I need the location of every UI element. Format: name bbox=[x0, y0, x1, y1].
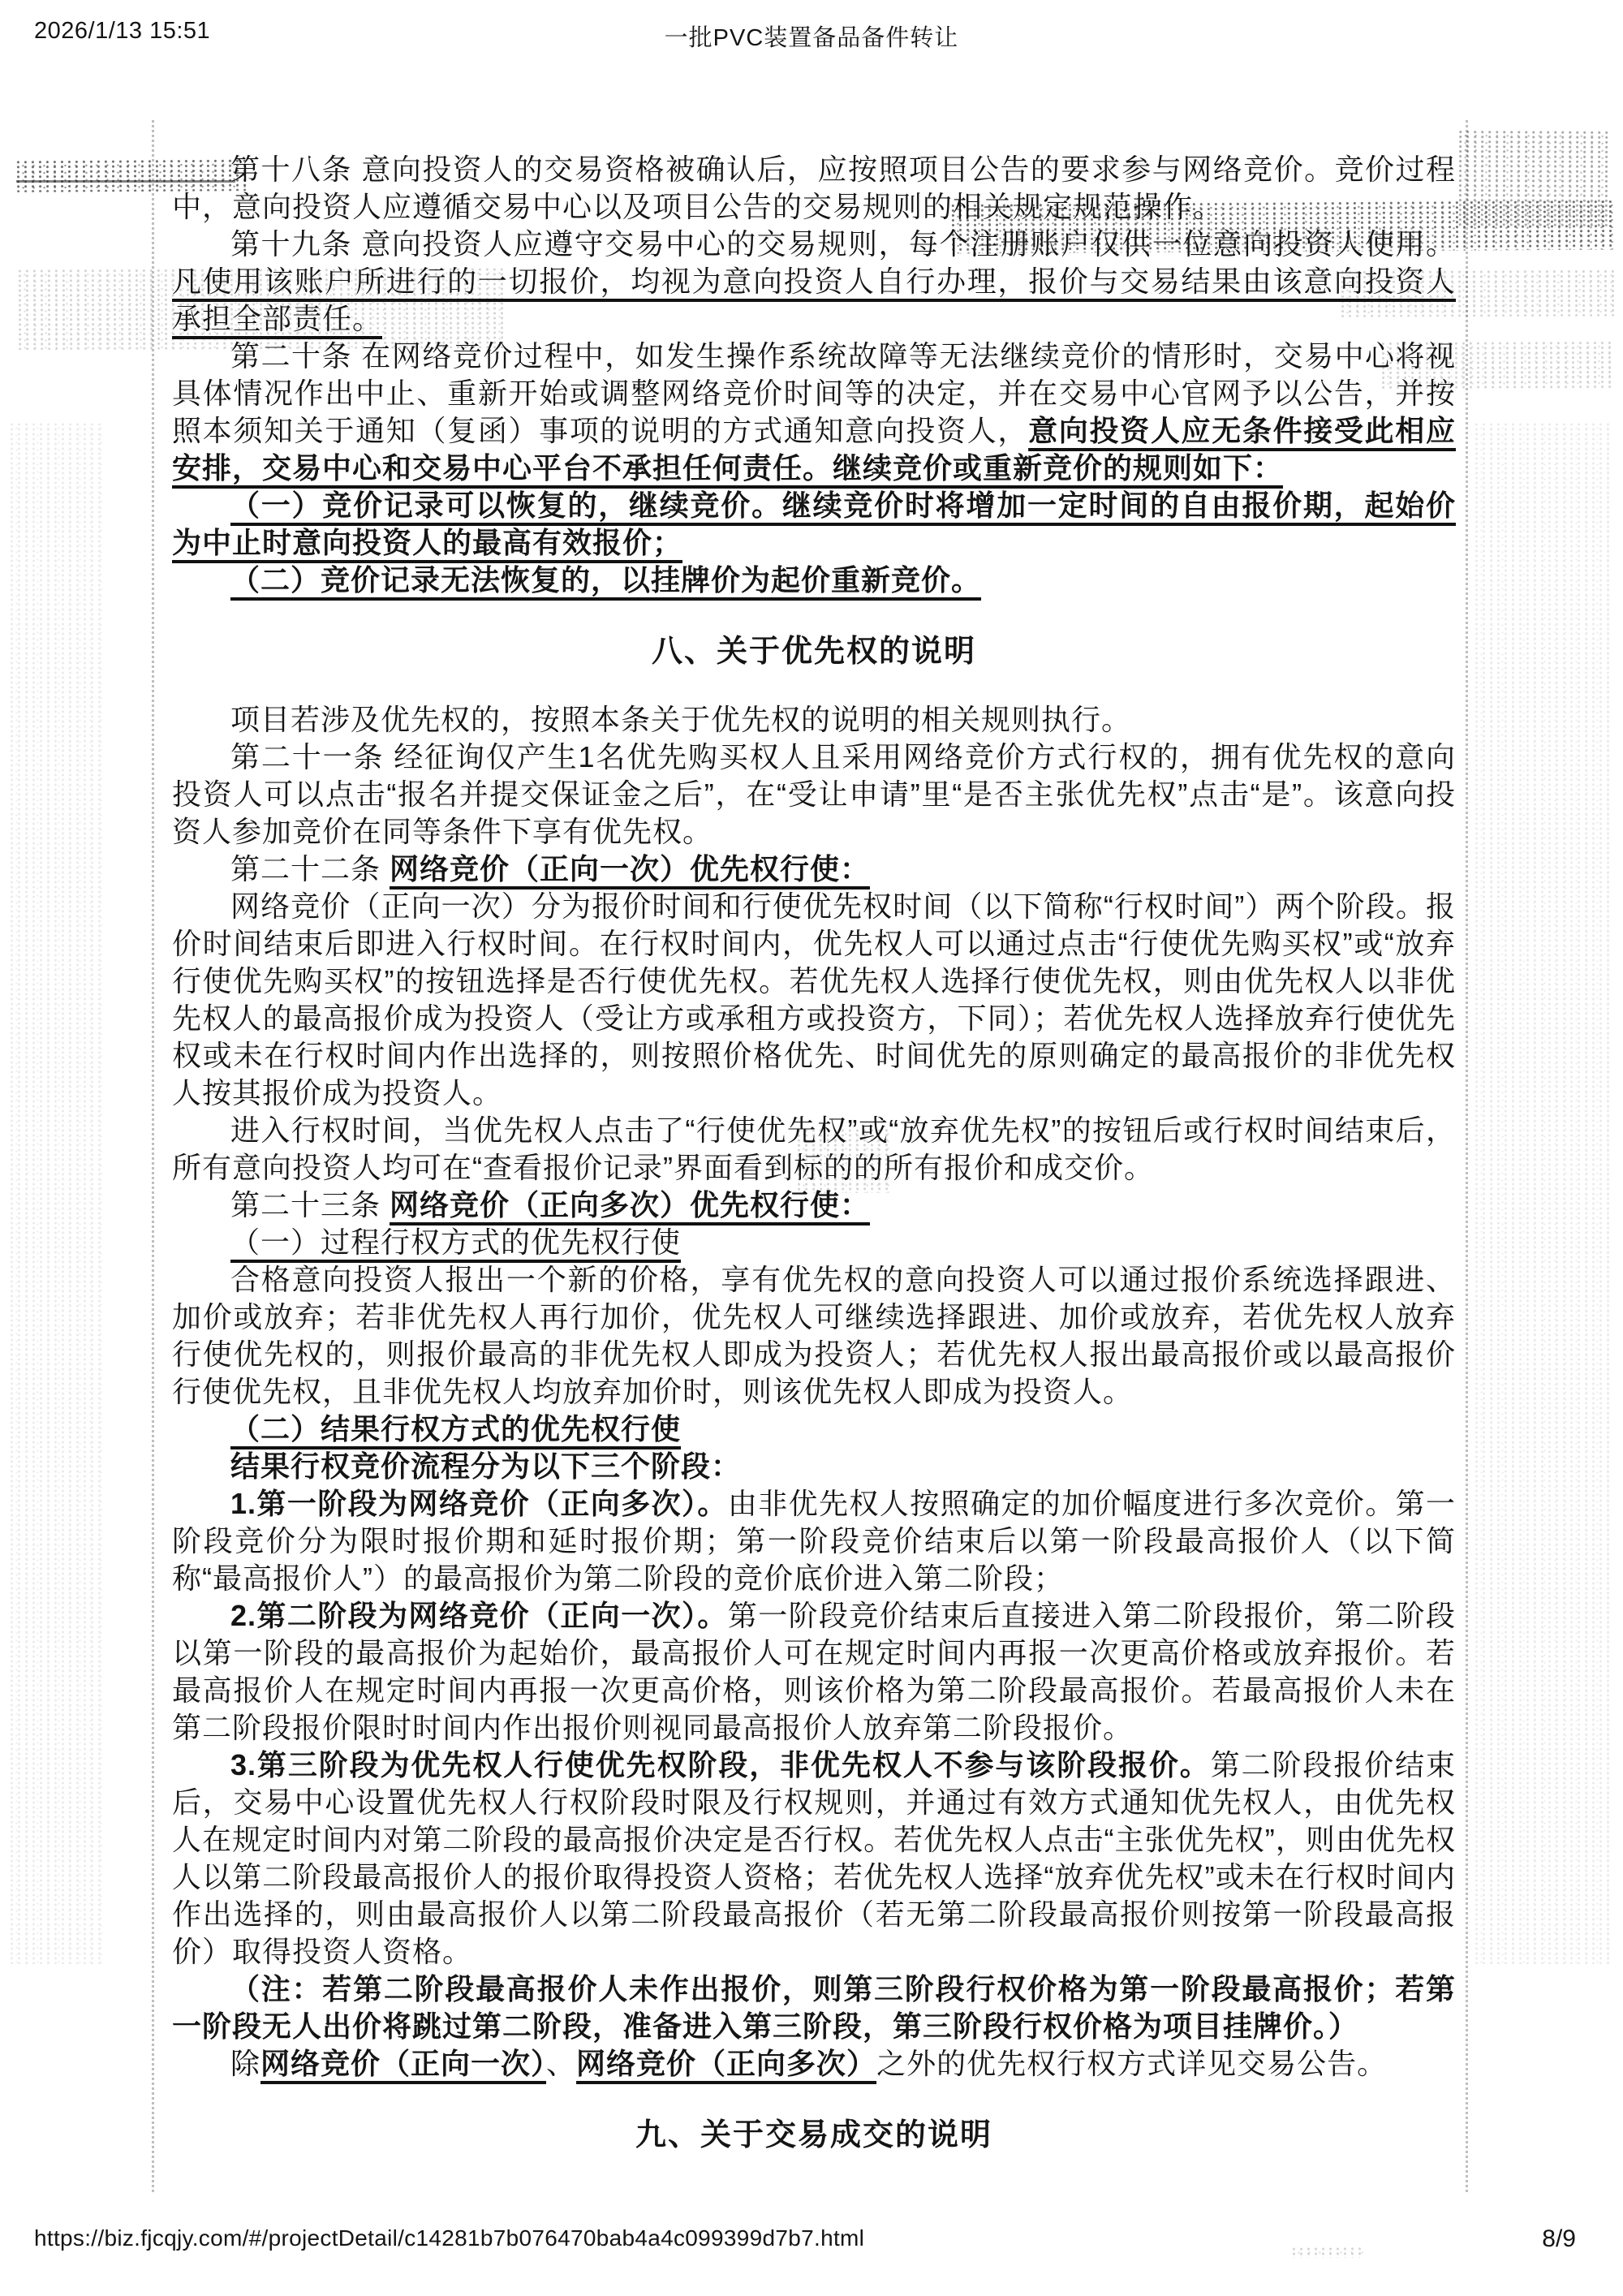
scan-margin-line-right bbox=[1466, 120, 1468, 2192]
text-run: 第二十三条 bbox=[230, 1188, 390, 1221]
text-run: 第十九条 意向投资人应遵守交易中心的交易规则，每个注册账户仅供一位意向投资人使用… bbox=[230, 227, 1456, 261]
paragraph: （二）结果行权方式的优先权行使 bbox=[172, 1411, 1456, 1448]
print-header: 2026/1/13 15:51 一批PVC装置备品备件转让 bbox=[0, 18, 1623, 54]
footer-url: https://biz.fjcqjy.com/#/projectDetail/c… bbox=[34, 2225, 864, 2251]
document-body: 第十八条 意向投资人的交易资格被确认后，应按照项目公告的要求参与网络竞价。竞价过… bbox=[172, 151, 1456, 2185]
text-run: 凡使用该账户所进行的一切报价，均视为意向投资人自行办理，报价与交易结果由该意向投… bbox=[172, 265, 1456, 335]
text-run: 、 bbox=[546, 2047, 576, 2080]
text-run: 2.第二阶段为网络竞价（正向一次）。 bbox=[230, 1599, 728, 1632]
section-heading: 九、关于交易成交的说明 bbox=[172, 2117, 1456, 2154]
text-run: 网络竞价（正向一次） bbox=[260, 2047, 546, 2080]
scan-noise bbox=[1290, 2246, 1363, 2258]
paragraph: 结果行权竞价流程分为以下三个阶段： bbox=[172, 1448, 1456, 1485]
paragraph: 合格意向投资人报出一个新的价格，享有优先权的意向投资人可以通过报价系统选择跟进、… bbox=[172, 1261, 1456, 1411]
text-run: 除 bbox=[230, 2047, 260, 2080]
text-run: 结果行权竞价流程分为以下三个阶段： bbox=[230, 1450, 741, 1483]
text-run: 第十八条 意向投资人的交易资格被确认后，应按照项目公告的要求参与网络竞价。竞价过… bbox=[172, 153, 1456, 223]
paragraph: 1.第一阶段为网络竞价（正向多次）。由非优先权人按照确定的加价幅度进行多次竞价。… bbox=[172, 1485, 1456, 1597]
text-run: 1.第一阶段为网络竞价（正向多次）。 bbox=[230, 1487, 728, 1520]
text-run: 网络竞价（正向一次）分为报价时间和行使优先权时间（以下简称“行权时间”）两个阶段… bbox=[172, 890, 1456, 1109]
paragraph: 网络竞价（正向一次）分为报价时间和行使优先权时间（以下简称“行权时间”）两个阶段… bbox=[172, 888, 1456, 1112]
scanned-page: { "ink_color": "#141414", "header": { "d… bbox=[0, 0, 1623, 2296]
paragraph: 第二十三条 网络竞价（正向多次）优先权行使： bbox=[172, 1187, 1456, 1224]
paragraph: （二）竞价记录无法恢复的，以挂牌价为起价重新竞价。 bbox=[172, 562, 1456, 599]
text-run: （二）结果行权方式的优先权行使 bbox=[230, 1412, 681, 1445]
text-run: 第二十一条 经征询仅产生1名优先购买权人且采用网络竞价方式行权的，拥有优先权的意… bbox=[172, 740, 1456, 848]
paragraph: 2.第二阶段为网络竞价（正向一次）。第一阶段竞价结束后直接进入第二阶段报价，第二… bbox=[172, 1597, 1456, 1747]
paragraph: 第十九条 意向投资人应遵守交易中心的交易规则，每个注册账户仅供一位意向投资人使用… bbox=[172, 226, 1456, 338]
page-number: 8/9 bbox=[1542, 2225, 1576, 2253]
text-run: 3.第三阶段为优先权人行使优先权阶段，非优先权人不参与该阶段报价。 bbox=[230, 1748, 1211, 1781]
paragraph: 项目若涉及优先权的，按照本条关于优先权的说明的相关规则执行。 bbox=[172, 701, 1456, 739]
text-run: 项目若涉及优先权的，按照本条关于优先权的说明的相关规则执行。 bbox=[230, 703, 1131, 736]
text-run: 网络竞价（正向一次）优先权行使： bbox=[390, 852, 870, 885]
paragraph: （一）竞价记录可以恢复的，继续竞价。继续竞价时将增加一定时间的自由报价期，起始价… bbox=[172, 487, 1456, 562]
section-heading: 八、关于优先权的说明 bbox=[172, 633, 1456, 670]
paragraph: 3.第三阶段为优先权人行使优先权阶段，非优先权人不参与该阶段报价。第二阶段报价结… bbox=[172, 1747, 1456, 1971]
scan-noise bbox=[1457, 130, 1612, 228]
text-run: 合格意向投资人报出一个新的价格，享有优先权的意向投资人可以通过报价系统选择跟进、… bbox=[172, 1263, 1456, 1408]
text-run: （注：若第二阶段最高报价人未作出报价，则第三阶段行权价格为第一阶段最高报价；若第… bbox=[172, 1972, 1456, 2043]
scan-noise bbox=[1473, 422, 1611, 1964]
paragraph: 第十八条 意向投资人的交易资格被确认后，应按照项目公告的要求参与网络竞价。竞价过… bbox=[172, 151, 1456, 226]
text-run: 之外的优先权行权方式详见交易公告。 bbox=[876, 2047, 1387, 2080]
paragraph: 第二十条 在网络竞价过程中，如发生操作系统故障等无法继续竞价的情形时，交易中心将… bbox=[172, 338, 1456, 487]
paragraph: （一）过程行权方式的优先权行使 bbox=[172, 1224, 1456, 1261]
paragraph: 除网络竞价（正向一次）、网络竞价（正向多次）之外的优先权行权方式详见交易公告。 bbox=[172, 2045, 1456, 2083]
scan-noise bbox=[8, 422, 105, 1964]
text-run: （二）竞价记录无法恢复的，以挂牌价为起价重新竞价。 bbox=[230, 563, 981, 597]
paragraph: （注：若第二阶段最高报价人未作出报价，则第三阶段行权价格为第一阶段最高报价；若第… bbox=[172, 1971, 1456, 2045]
paragraph: 第二十一条 经征询仅产生1名优先购买权人且采用网络竞价方式行权的，拥有优先权的意… bbox=[172, 739, 1456, 851]
text-run: （一）过程行权方式的优先权行使 bbox=[230, 1226, 681, 1259]
text-run: 网络竞价（正向多次）优先权行使： bbox=[390, 1188, 870, 1221]
document-title: 一批PVC装置备品备件转让 bbox=[0, 19, 1623, 53]
text-run: 进入行权时间，当优先权人点击了“行使优先权”或“放弃优先权”的按钮后或行权时间结… bbox=[172, 1114, 1456, 1184]
text-run: 第二十二条 bbox=[230, 852, 390, 885]
text-run: （一）竞价记录可以恢复的，继续竞价。继续竞价时将增加一定时间的自由报价期，起始价… bbox=[172, 489, 1456, 559]
paragraph: 进入行权时间，当优先权人点击了“行使优先权”或“放弃优先权”的按钮后或行权时间结… bbox=[172, 1112, 1456, 1187]
paragraph: 第二十二条 网络竞价（正向一次）优先权行使： bbox=[172, 851, 1456, 888]
scan-margin-line-left bbox=[152, 120, 154, 2192]
text-run: 网络竞价（正向多次） bbox=[576, 2047, 876, 2080]
